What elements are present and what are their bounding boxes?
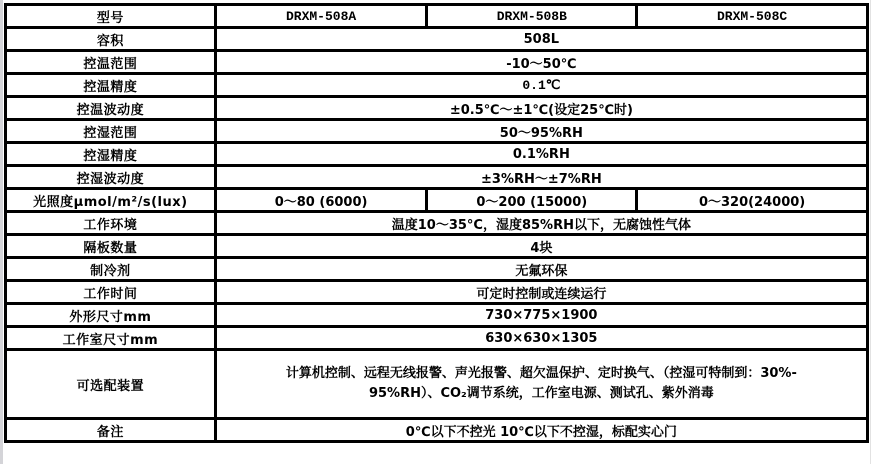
table-row-notes: 备注 0℃以下不控光 10℃以下不控湿，标配实心门 bbox=[6, 419, 867, 441]
row-label: 外形尺寸mm bbox=[6, 304, 215, 326]
row-label: 容积 bbox=[6, 28, 215, 50]
table-row-model: 型号 DRXM-508A DRXM-508B DRXM-508C bbox=[6, 5, 867, 27]
row-value: 计算机控制、远程无线报警、声光报警、超欠温保护、定时换气、（控湿可特制到：30%… bbox=[216, 350, 867, 418]
table-row-illuminance: 光照度μmol/m²/s(lux) 0～80 (6000) 0～200 (150… bbox=[6, 189, 867, 211]
row-label: 控湿范围 bbox=[6, 120, 215, 142]
model-b: DRXM-508B bbox=[427, 5, 636, 27]
table-row-temp-accuracy: 控温精度 0.1℃ bbox=[6, 74, 867, 96]
sheet-gridline bbox=[870, 0, 871, 464]
table-row-options: 可选配装置 计算机控制、远程无线报警、声光报警、超欠温保护、定时换气、（控湿可特… bbox=[6, 350, 867, 418]
table-row-outer-size: 外形尺寸mm 730×775×1900 bbox=[6, 304, 867, 326]
row-label: 控温精度 bbox=[6, 74, 215, 96]
sheet-row-gutter bbox=[0, 0, 3, 464]
row-value: ±3%RH～±7%RH bbox=[216, 166, 867, 188]
row-label: 工作环境 bbox=[6, 212, 215, 234]
illuminance-c: 0～320(24000) bbox=[637, 189, 867, 211]
spec-table: 型号 DRXM-508A DRXM-508B DRXM-508C 容积 508L… bbox=[4, 3, 869, 443]
illuminance-b: 0～200 (15000) bbox=[427, 189, 636, 211]
row-value: 630×630×1305 bbox=[216, 327, 867, 349]
options-line-1: 计算机控制、远程无线报警、声光报警、超欠温保护、定时换气、（控湿可特制到：30%… bbox=[221, 364, 862, 384]
row-label: 控温波动度 bbox=[6, 97, 215, 119]
table-row-temp-fluctuation: 控温波动度 ±0.5℃～±1℃(设定25℃时) bbox=[6, 97, 867, 119]
row-value: -10～50℃ bbox=[216, 51, 867, 73]
table-row-humidity-accuracy: 控湿精度 0.1%RH bbox=[6, 143, 867, 165]
table-row-work-time: 工作时间 可定时控制或连续运行 bbox=[6, 281, 867, 303]
table-row-refrigerant: 制冷剂 无氟环保 bbox=[6, 258, 867, 280]
table-row-environment: 工作环境 温度10～35°C，湿度85%RH以下，无腐蚀性气体 bbox=[6, 212, 867, 234]
row-label: 型号 bbox=[6, 5, 215, 27]
row-label: 工作室尺寸mm bbox=[6, 327, 215, 349]
table-row-humidity-fluctuation: 控湿波动度 ±3%RH～±7%RH bbox=[6, 166, 867, 188]
table-row-shelves: 隔板数量 4块 bbox=[6, 235, 867, 257]
row-label: 控温范围 bbox=[6, 51, 215, 73]
row-label: 控湿精度 bbox=[6, 143, 215, 165]
row-value: 4块 bbox=[216, 235, 867, 257]
row-label: 工作时间 bbox=[6, 281, 215, 303]
row-label: 制冷剂 bbox=[6, 258, 215, 280]
row-value: 可定时控制或连续运行 bbox=[216, 281, 867, 303]
table-row-humidity-range: 控湿范围 50～95%RH bbox=[6, 120, 867, 142]
row-value: 0℃以下不控光 10℃以下不控湿，标配实心门 bbox=[216, 419, 867, 441]
model-c: DRXM-508C bbox=[637, 5, 867, 27]
row-value: 730×775×1900 bbox=[216, 304, 867, 326]
model-a: DRXM-508A bbox=[216, 5, 427, 27]
row-value: 无氟环保 bbox=[216, 258, 867, 280]
row-value: 508L bbox=[216, 28, 867, 50]
row-value: 50～95%RH bbox=[216, 120, 867, 142]
table-row-chamber-size: 工作室尺寸mm 630×630×1305 bbox=[6, 327, 867, 349]
row-label: 控湿波动度 bbox=[6, 166, 215, 188]
options-line-2: 95%RH）、CO₂调节系统，工作室电源、测试孔、紫外消毒 bbox=[221, 384, 862, 404]
table-row-volume: 容积 508L bbox=[6, 28, 867, 50]
row-value: ±0.5℃～±1℃(设定25℃时) bbox=[216, 97, 867, 119]
row-label: 光照度μmol/m²/s(lux) bbox=[6, 189, 215, 211]
row-value: 温度10～35°C，湿度85%RH以下，无腐蚀性气体 bbox=[216, 212, 867, 234]
row-label: 可选配装置 bbox=[6, 350, 215, 418]
row-value: 0.1%RH bbox=[216, 143, 867, 165]
row-label: 备注 bbox=[6, 419, 215, 441]
row-label: 隔板数量 bbox=[6, 235, 215, 257]
row-value: 0.1℃ bbox=[216, 74, 867, 96]
table-row-temp-range: 控温范围 -10～50℃ bbox=[6, 51, 867, 73]
illuminance-a: 0～80 (6000) bbox=[216, 189, 427, 211]
